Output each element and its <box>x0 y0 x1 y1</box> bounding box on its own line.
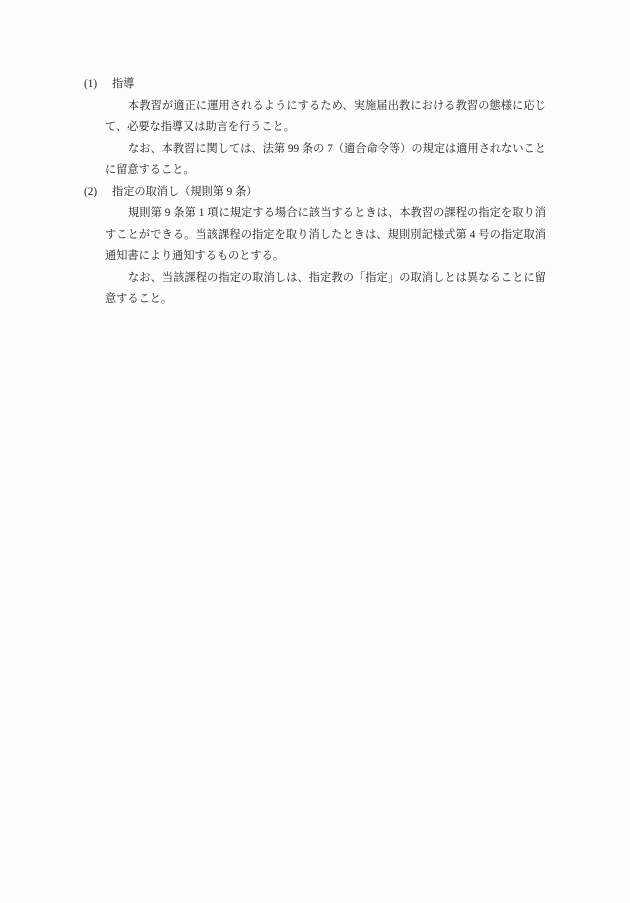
item-number-marker: (1) <box>84 74 112 96</box>
paragraph: 本教習が適正に運用されるようにするため、実施届出教における教習の態様に応じて、必… <box>105 96 546 139</box>
paragraph: なお、本教習に関しては、法第 99 条の 7（適合命令等）の規定は適用されないこ… <box>105 139 546 182</box>
document-body: (1)指導本教習が適正に運用されるようにするため、実施届出教における教習の態様に… <box>84 74 546 311</box>
item-heading-label: 指導 <box>112 74 546 96</box>
numbered-item-heading: (2)指定の取消し（規則第 9 条） <box>84 182 546 204</box>
paragraph: 規則第 9 条第 1 項に規定する場合に該当するときは、本教習の課程の指定を取り… <box>105 203 546 268</box>
document-page: (1)指導本教習が適正に運用されるようにするため、実施届出教における教習の態様に… <box>0 0 630 903</box>
item-number-marker: (2) <box>84 182 112 204</box>
numbered-item-heading: (1)指導 <box>84 74 546 96</box>
paragraph: なお、当該課程の指定の取消しは、指定教の「指定」の取消しとは異なることに留意する… <box>105 268 546 311</box>
item-heading-label: 指定の取消し（規則第 9 条） <box>112 182 546 204</box>
